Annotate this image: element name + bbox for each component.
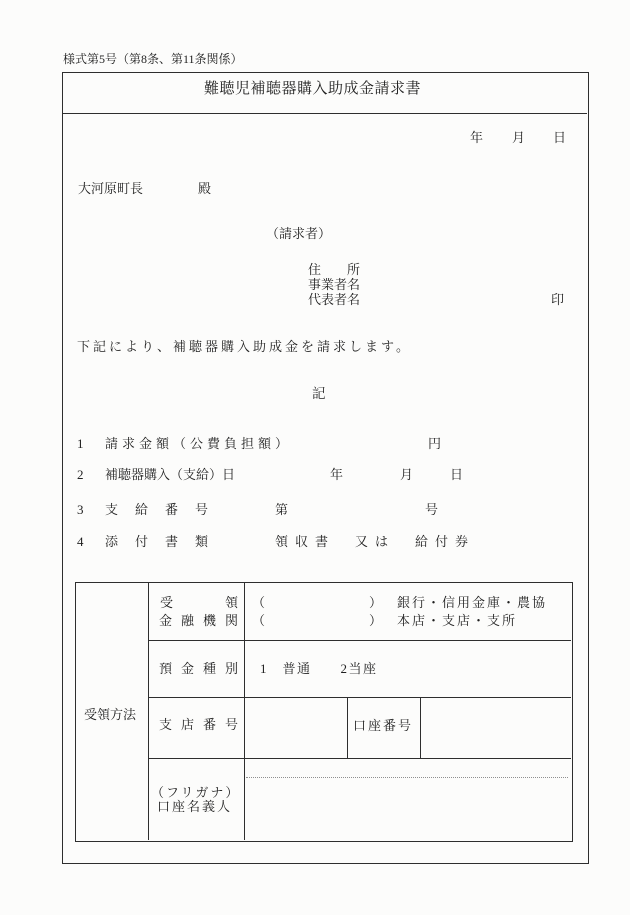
document-title: 難聴児補聴器購入助成金請求書 bbox=[204, 80, 421, 98]
item4-value: 領収書 又は 給付券 bbox=[275, 534, 475, 549]
row3-branch-number-label: 支店番号 bbox=[159, 717, 247, 732]
item2-day-label: 日 bbox=[450, 467, 463, 482]
item3-prefix-label: 第 bbox=[275, 502, 288, 517]
row2-deposit-type-label: 預金種別 bbox=[159, 661, 247, 676]
date-day-label: 日 bbox=[553, 130, 566, 145]
item4-number: 4 bbox=[77, 534, 84, 549]
item4-label: 添 付 書 類 bbox=[105, 534, 210, 549]
form-number: 様式第5号（第8条、第11条関係） bbox=[63, 52, 243, 67]
row1-label-line2: 金融機関 bbox=[159, 613, 247, 628]
account-cell-divider-left bbox=[347, 697, 348, 758]
claimant-address-label: 住 所 bbox=[308, 262, 360, 277]
date-year-label: 年 bbox=[470, 130, 483, 145]
section-marker: 記 bbox=[312, 386, 326, 401]
item2-label: 補聴器購入（支給）日 bbox=[105, 467, 235, 482]
row4-furigana-label: （フリガナ） bbox=[151, 785, 240, 800]
row1-branch-types: 本店・支店・支所 bbox=[397, 613, 517, 628]
row2-deposit-type-options: 1 普通 2当座 bbox=[260, 661, 378, 676]
addressee-name: 大河原町長 bbox=[78, 181, 143, 196]
table-row-divider-3 bbox=[148, 758, 571, 759]
table-row-divider-2 bbox=[148, 697, 571, 698]
table-header-receipt-method: 受領方法 bbox=[84, 707, 136, 722]
table-col-divider-1 bbox=[148, 582, 149, 840]
item1-number: 1 bbox=[77, 436, 84, 451]
item2-number: 2 bbox=[77, 467, 84, 482]
claimant-representative-label: 代表者名 bbox=[308, 292, 360, 307]
row4-account-holder-label: 口座名義人 bbox=[157, 799, 232, 814]
item3-suffix-label: 号 bbox=[425, 502, 438, 517]
item3-label: 支 給 番 号 bbox=[105, 502, 210, 517]
seal-label: 印 bbox=[551, 292, 564, 307]
claimant-business-label: 事業者名 bbox=[308, 277, 360, 292]
furigana-dotted-rule bbox=[246, 777, 568, 778]
row1-bank-types: 銀行・信用金庫・農協 bbox=[397, 595, 547, 610]
account-cell-divider-right bbox=[420, 697, 421, 758]
form-page: 様式第5号（第8条、第11条関係） 難聴児補聴器購入助成金請求書 年 月 日 大… bbox=[0, 0, 630, 915]
title-divider bbox=[62, 113, 587, 114]
row1-label-line1: 受 領 bbox=[160, 595, 238, 610]
declaration-text: 下記により、補聴器購入助成金を請求します。 bbox=[77, 339, 412, 354]
row1-paren-line2: （ ） bbox=[252, 613, 382, 628]
row3-account-number-label: 口座番号 bbox=[353, 718, 413, 733]
addressee-honorific: 殿 bbox=[198, 181, 211, 196]
row1-paren-line1: （ ） bbox=[252, 595, 382, 610]
item1-unit-label: 円 bbox=[428, 436, 441, 451]
item1-label: 請求金額（公費負担額） bbox=[105, 436, 292, 451]
claimant-heading: （請求者） bbox=[266, 226, 331, 241]
item2-year-label: 年 bbox=[330, 467, 343, 482]
table-row-divider-1 bbox=[148, 640, 571, 641]
item2-month-label: 月 bbox=[400, 467, 413, 482]
item3-number: 3 bbox=[77, 502, 84, 517]
date-month-label: 月 bbox=[512, 130, 525, 145]
